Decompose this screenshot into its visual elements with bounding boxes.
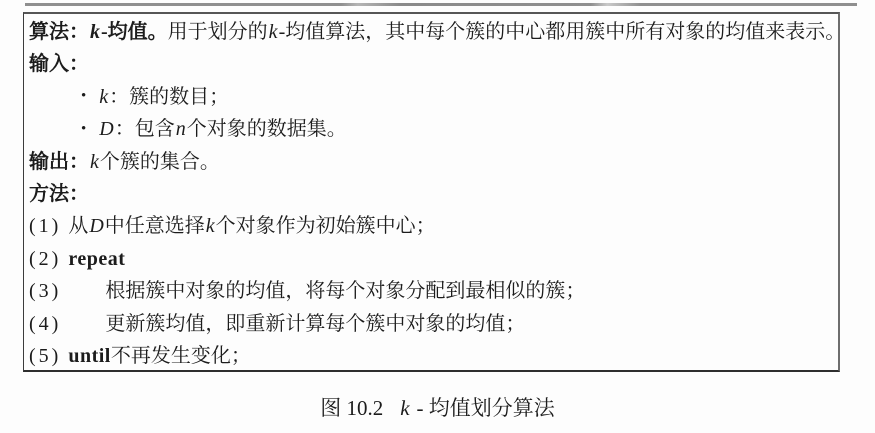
step-number: (2) — [29, 243, 61, 275]
algorithm-title-line: 算法：k-均值。用于划分的k-均值算法，其中每个簇的中心都用簇中所有对象的均值来… — [29, 16, 834, 48]
scanned-page: 算法：k-均值。用于划分的k-均值算法，其中每个簇的中心都用簇中所有对象的均值来… — [0, 0, 875, 433]
d-variable: D — [98, 113, 114, 145]
algorithm-label: 算法： — [29, 16, 89, 48]
n-variable: n — [175, 113, 187, 145]
algorithm-description-2: -均值算法，其中每个簇的中心都用簇中所有对象的均值来表示。 — [279, 16, 846, 48]
input-item-k-text: ：簇的数目； — [109, 81, 229, 113]
input-section-label: 输入： — [29, 48, 834, 80]
k-variable: k — [89, 16, 101, 48]
algorithm-description-1: 用于划分的 — [168, 16, 268, 48]
step-number: (5) — [29, 340, 61, 372]
input-item-d-text-2: 个对象的数据集。 — [187, 113, 347, 145]
output-line: 输出：k个簇的集合。 — [29, 146, 834, 178]
step-5-text: 不再发生变化； — [111, 340, 251, 372]
figure-number: 图 10.2 — [320, 396, 383, 420]
repeat-keyword: repeat — [68, 243, 125, 275]
figure-caption-text: - 均值划分算法 — [417, 396, 555, 420]
output-text: 个簇的集合。 — [100, 146, 220, 178]
k-variable: k — [205, 210, 216, 242]
d-variable: D — [88, 210, 104, 242]
bullet-icon: • — [81, 89, 86, 104]
step-3: (3)根据簇中对象的均值，将每个对象分配到最相似的簇； — [29, 275, 834, 307]
step-3-text: 根据簇中对象的均值，将每个对象分配到最相似的簇； — [105, 275, 585, 307]
input-item-d: •D：包含n个对象的数据集。 — [29, 113, 834, 145]
step-1-text-2: 中任意选择 — [105, 210, 205, 242]
step-1-text-3: 个对象作为初始簇中心； — [216, 210, 436, 242]
step-2: (2)repeat — [29, 243, 834, 275]
k-variable: k — [399, 396, 410, 420]
step-4: (4)更新簇均值，即重新计算每个簇中对象的均值； — [29, 308, 834, 340]
k-variable: k — [89, 146, 100, 178]
bullet-icon: • — [81, 122, 86, 137]
output-label: 输出： — [29, 146, 89, 178]
step-number: (1) — [29, 210, 61, 242]
step-5: (5)until不再发生变化； — [29, 340, 834, 372]
step-4-text: 更新簇均值，即重新计算每个簇中对象的均值； — [105, 308, 525, 340]
until-keyword: until — [68, 340, 111, 372]
input-item-k: •k：簇的数目； — [29, 81, 834, 113]
method-section-label: 方法： — [29, 178, 834, 210]
step-number: (3) — [29, 275, 61, 307]
step-1: (1)从D中任意选择k个对象作为初始簇中心； — [29, 210, 834, 242]
algorithm-name: -均值。 — [101, 16, 168, 48]
scan-artifact-top-rule — [25, 3, 857, 6]
input-item-d-text-1: ：包含 — [115, 113, 175, 145]
algorithm-figure-box: 算法：k-均值。用于划分的k-均值算法，其中每个簇的中心都用簇中所有对象的均值来… — [23, 12, 840, 372]
step-number: (4) — [29, 308, 61, 340]
figure-caption: 图 10.2k- 均值划分算法 — [0, 392, 875, 422]
k-variable: k — [98, 81, 109, 113]
step-1-text-1: 从 — [68, 210, 88, 242]
k-variable: k — [268, 16, 279, 48]
